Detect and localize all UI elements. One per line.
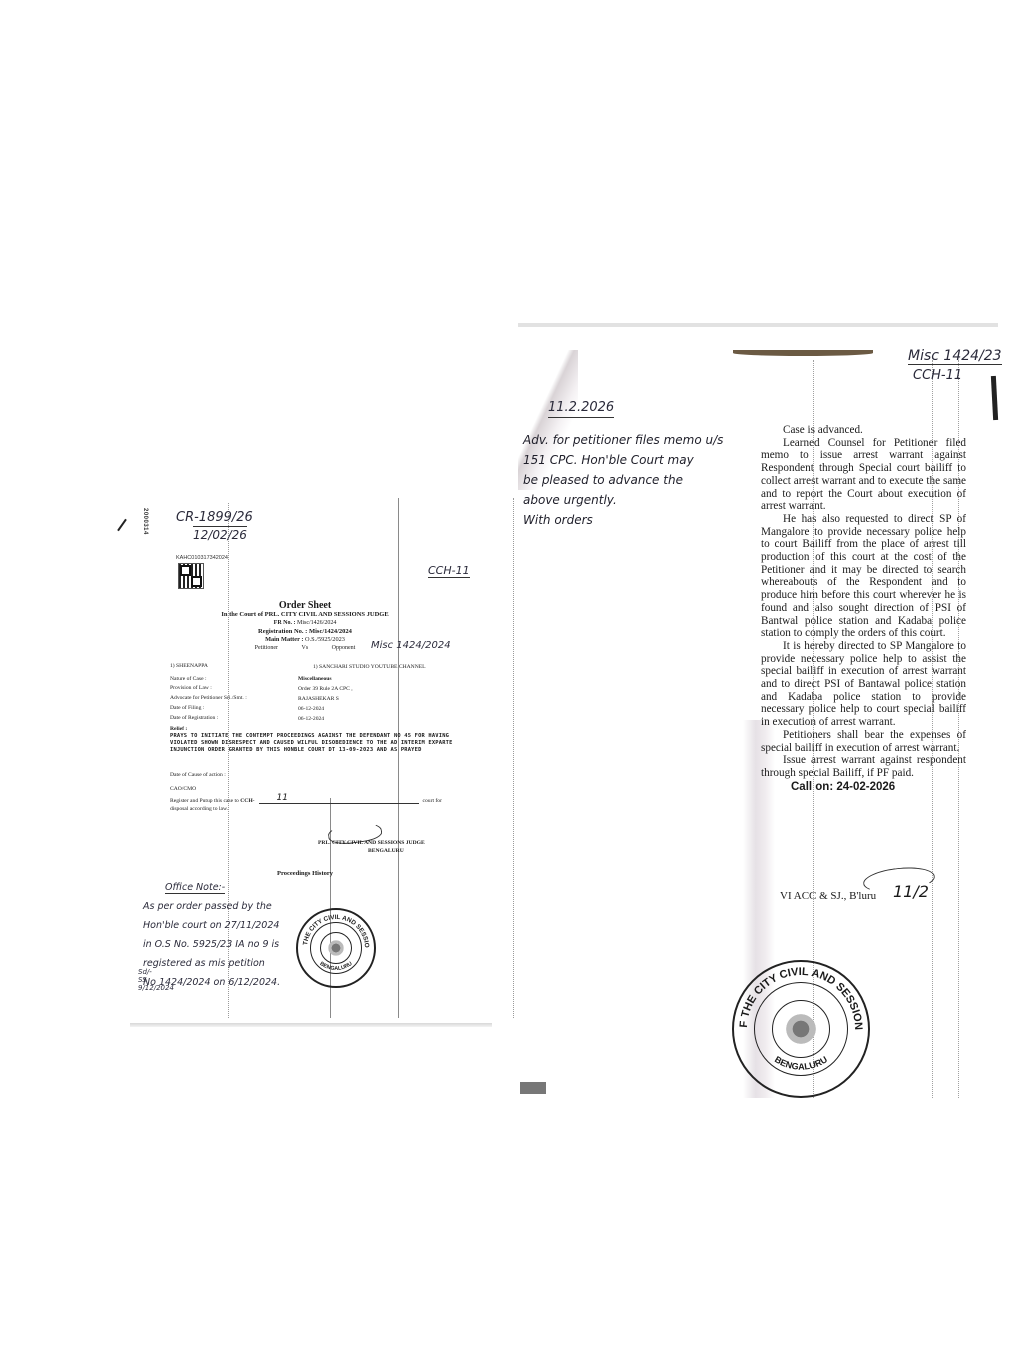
scan-artifact [520, 1082, 546, 1094]
cch-handwritten: CCH-11 [913, 368, 962, 383]
field-label: Nature of Case : [170, 676, 207, 682]
call-on-date: Call on: 24-02-2026 [791, 781, 966, 794]
svg-text:BENGALURU: BENGALURU [773, 1054, 829, 1071]
field-value: RAJASHEKAR S [298, 696, 339, 702]
barcode-id: KAHC010317342024 [176, 555, 228, 561]
column-rule [513, 498, 514, 1018]
cause-of-action-label: Date of Cause of action : [170, 772, 226, 778]
order-paragraph: Issue arrest warrant against respondent … [761, 754, 966, 779]
fold-edge [733, 350, 873, 356]
register-instruction-line2: disposal according to law. [170, 806, 228, 812]
tick-mark [117, 519, 127, 532]
margin-bar [991, 376, 998, 420]
order-paragraph: He has also requested to direct SP of Ma… [761, 513, 966, 640]
field-value: 06-12-2024 [298, 716, 324, 722]
svg-text:COURT OF THE CITY CIVIL AND SE: COURT OF THE CITY CIVIL AND SESSIONS JUD… [734, 962, 864, 1030]
order-date-handwritten: 11.2.2026 [548, 400, 614, 418]
vertical-stamp: 2000314 [142, 508, 148, 535]
court-seal-icon: COURT OF THE CITY CIVIL AND SESSIONS JUD… [732, 960, 870, 1098]
document-title: Order Sheet [118, 600, 492, 611]
petitioner-name: 1) SHEENAPPA [170, 663, 208, 669]
svg-text:COURT OF THE CITY CIVIL AND SE: COURT OF THE CITY CIVIL AND SESSIONS JUD… [298, 910, 370, 948]
cr-date: 12/02/26 [193, 526, 247, 542]
handwritten-note: Adv. for petitioner files memo u/s 151 C… [523, 430, 723, 530]
proceedings-history-heading: Proceedings History [118, 870, 492, 877]
field-label: Provision of Law : [170, 685, 212, 691]
svg-text:BENGALURU: BENGALURU [318, 961, 353, 972]
order-paragraph: Case is advanced. [761, 424, 966, 437]
judge-designation: VI ACC & SJ., B'luru [780, 890, 876, 902]
misc-number-handwritten: Misc 1424/2024 [371, 640, 451, 651]
registration-number: Registration No. : Misc/1424/2024 [118, 628, 492, 635]
column-rule [398, 498, 399, 1018]
field-value: Miscellaneous [298, 676, 332, 682]
court-seal-icon: COURT OF THE CITY CIVIL AND SESSIONS JUD… [296, 908, 376, 988]
field-label: Date of Filing : [170, 705, 204, 711]
cch-mark: CCH-11 [428, 564, 470, 578]
court-name: In the Court of PRL. CITY CIVIL AND SESS… [118, 611, 492, 618]
cr-number: CR-1899/26 [176, 510, 253, 525]
judge-city: BENGALURU [368, 848, 404, 854]
page-top-rule [518, 323, 998, 327]
field-value: Order 39 Rule 2A CPC , [298, 686, 353, 692]
case-number-handwritten: Misc 1424/23 [908, 348, 1002, 365]
clerk-initials: Sd/- SS 9/12/2024 [138, 968, 174, 992]
order-paragraph: Learned Counsel for Petitioner filed mem… [761, 437, 966, 513]
register-instruction: Register and Putup this case to CCH-11co… [170, 798, 442, 804]
order-body: Case is advanced. Learned Counsel for Pe… [761, 424, 966, 793]
field-value: 06-12-2024 [298, 706, 324, 712]
field-label: Date of Registration : [170, 715, 218, 721]
cao-cmo-label: CAO/CMO [170, 786, 196, 792]
order-sheet-page: 2000314 CR-1899/26 12/02/26 KAHC01031734… [118, 498, 492, 1025]
relief-text: PRAYS TO INITIATE THE CONTEMPT PROCEEDIN… [170, 733, 470, 754]
page-shadow [130, 1023, 492, 1027]
order-paragraph: Petitioners shall bear the expenses of s… [761, 729, 966, 754]
order-paragraph: It is hereby directed to SP Mangalore to… [761, 640, 966, 729]
field-label: Advocate for Petitioner Sri./Smt. : [170, 695, 247, 701]
fr-number: FR No. : Misc/1426/2024 [118, 620, 492, 626]
signature-date-handwritten: 11/2 [893, 882, 929, 901]
relief-label: Relief : [170, 726, 187, 732]
qr-code-icon [178, 563, 204, 589]
opponent-name: 1) SANCHARI STUDIO YOUTUBE CHANNEL [313, 664, 426, 670]
judge-title: PRL. CITY CIVIL AND SESSIONS JUDGE [318, 840, 425, 846]
